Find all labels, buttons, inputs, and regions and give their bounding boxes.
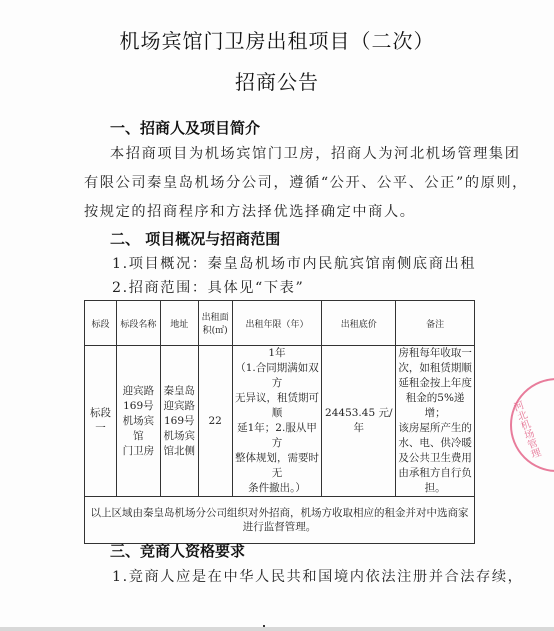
table-header-row: 标段 标段名称 地址 出租面积(㎡) 出租年限（年） 出租底价 备注 <box>85 301 475 346</box>
cell-area: 22 <box>198 346 232 497</box>
section1-line-2: 有限公司秦皇岛机场分公司，遵循“公开、公平、公正”的原则， <box>84 172 528 192</box>
header-price: 出租底价 <box>322 301 396 346</box>
header-remark: 备注 <box>396 301 475 346</box>
document-title: 机场宾馆门卫房出租项目（二次） <box>0 25 554 54</box>
table-row: 标段 一 迎宾路 169号 机场宾 馆 门卫房 秦皇岛 迎宾路 169号 机场宾… <box>85 346 475 497</box>
document-page: 机场宾馆门卫房出租项目（二次） 招商公告 一、招商人及项目简介 本招商项目为机场… <box>0 0 554 631</box>
cell-address: 秦皇岛 迎宾路 169号 机场宾 馆北侧 <box>160 346 198 497</box>
section3-item-1: 1.竞商人应是在中华人民共和国境内依法注册并合法存续， <box>112 566 523 586</box>
section2-heading: 二、 项目概况与招商范围 <box>110 228 280 249</box>
header-section: 标段 <box>85 301 117 346</box>
cell-section-name: 迎宾路 169号 机场宾 馆 门卫房 <box>116 346 160 497</box>
table-note: 以上区域由秦皇岛机场分公司组织对外招商，机场方收取相应的租金并对中选商家进行监督… <box>85 497 475 544</box>
page-bottom-edge <box>0 627 554 631</box>
section1-heading: 一、招商人及项目简介 <box>110 117 260 138</box>
header-address: 地址 <box>160 301 198 346</box>
cell-remark: 房租每年收取一 次，如租赁期顺 延租金按上年度 租金的5%递增； 该房屋所产生的… <box>396 346 475 497</box>
document-subtitle: 招商公告 <box>0 66 554 95</box>
section2-item-2: 2.招商范围：具体见“下表” <box>112 277 304 297</box>
cell-term: 1年 （1.合同期满如双方 无异议，租赁期可顺 延1年；2.服从甲方 整体规划，… <box>232 346 322 497</box>
header-section-name: 标段名称 <box>116 301 160 346</box>
section1-line-3: 按规定的招商程序和方法择优选择确定中商人。 <box>84 201 416 221</box>
bid-table: 标段 标段名称 地址 出租面积(㎡) 出租年限（年） 出租底价 备注 标段 一 … <box>84 300 475 544</box>
section1-line-1: 本招商项目为机场宾馆门卫房，招商人为河北机场管理集团 <box>110 143 520 163</box>
header-area: 出租面积(㎡) <box>198 301 232 346</box>
cell-section: 标段 一 <box>85 346 117 497</box>
section3-heading: 三、竞商人资格要求 <box>110 540 245 561</box>
section2-item-1: 1.项目概况：秦皇岛机场市内民航宾馆南侧底商出租 <box>112 253 476 273</box>
header-term: 出租年限（年） <box>232 301 322 346</box>
cell-price: 24453.45 元/年 <box>322 346 396 497</box>
table-note-row: 以上区域由秦皇岛机场分公司组织对外招商，机场方收取相应的租金并对中选商家进行监督… <box>85 497 475 544</box>
